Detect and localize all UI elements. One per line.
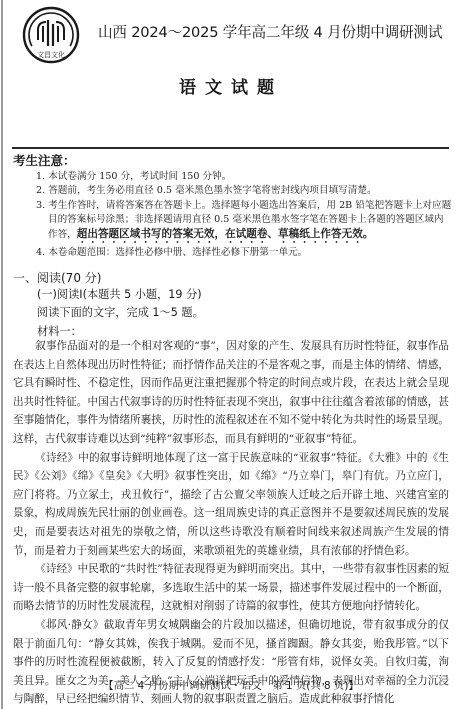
notice-heading: 考生注意： [13, 151, 76, 169]
notice-list: 1. 本试卷满分 150 分，考试时间 150 分钟。 2. 答题前，考生务必用… [36, 170, 448, 260]
paragraph-1: 叙事作品面对的是一个相对客观的“事”，因对象的产生、发展具有历时性特征，叙事作品… [13, 337, 449, 449]
paragraph-3: 《诗经》中民歌的“共时性”特征表现得更为鲜明而突出。其中，一些带有叙事性因素的短… [13, 560, 449, 616]
exam-name: 山西 2024～2025 学年高二年级 4 月份期中调研测试 [98, 21, 442, 42]
notice-emphasis: 超出答题区域书写的答案无效，在试题卷、草稿纸上作答无效。 [77, 228, 374, 240]
notice-item-3-cont: 目的答案标号涂黑；非选择题请用直径 0.5 毫米黑色墨水签字笔在答题卡上各题的答… [36, 213, 448, 227]
paragraph-4: 《邶风·静女》截取青年男女城隅幽会的片段加以描述，但确切地说，带有叙事成分的仅限… [13, 616, 449, 709]
notice-item-3-prefix: 作答， [48, 229, 77, 240]
section-intro: (一)阅读Ⅰ(本题共 5 小题，19 分) 阅读下面的文字，完成 1～5 题。 … [37, 286, 204, 341]
subsection-title: (一)阅读Ⅰ(本题共 5 小题，19 分) [37, 286, 204, 304]
page-footer: 【高二 4 月份期中调研测试・语文 第 1 页(共 8 页)】 [0, 677, 462, 692]
notice-item-3: 3. 考生作答时，请将答案答在答题卡上。选择题每小题选出答案后，用 2B 铅笔把… [36, 199, 448, 213]
paragraph-2: 《诗经》中的叙事诗鲜明地体现了这一富于民族意味的“亚叙事”特征。《大雅》中的《生… [13, 449, 449, 561]
section-title: 一、阅读(70 分) [13, 269, 101, 286]
svg-text:文昌文化: 文昌文化 [37, 50, 65, 59]
notice-item-4: 4. 本卷命题范围：选择性必修中册、选择性必修下册第一单元。 [36, 246, 448, 260]
header-divider [12, 147, 449, 149]
page-left-edge [1, 0, 3, 709]
publisher-logo-icon: 文昌文化 [22, 6, 80, 64]
paper-title: 语文试题 [0, 73, 462, 98]
notice-item-2: 2. 答题前，考生务必用直径 0.5 毫米黑色墨水签字笔将密封线内项目填写清楚。 [36, 184, 448, 198]
notice-item-3-cont2: 作答，超出答题区域书写的答案无效，在试题卷、草稿纸上作答无效。 [36, 227, 448, 246]
reading-passage: 叙事作品面对的是一个相对客观的“事”，因对象的产生、发展具有历时性特征，叙事作品… [13, 337, 449, 709]
notice-item-1: 1. 本试卷满分 150 分，考试时间 150 分钟。 [36, 170, 448, 184]
instruction: 阅读下面的文字，完成 1～5 题。 [37, 304, 204, 322]
